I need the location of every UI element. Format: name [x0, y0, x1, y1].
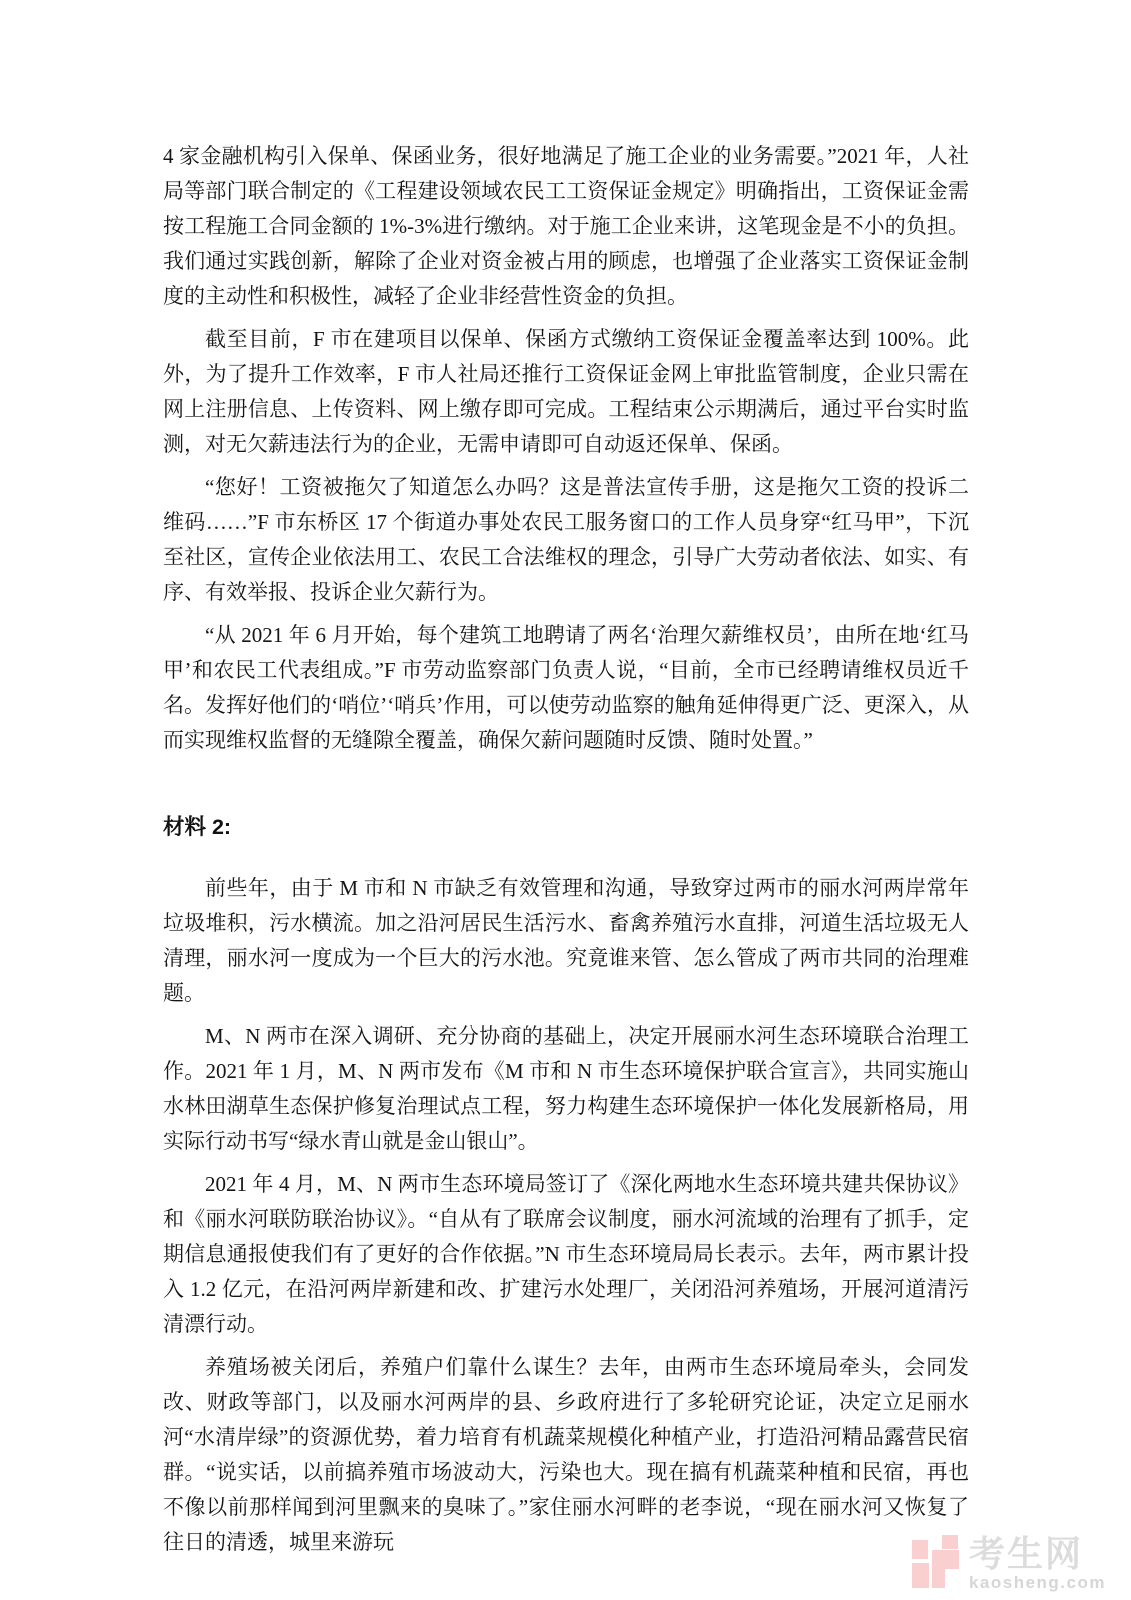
- document-text-block: 4 家金融机构引入保单、保函业务，很好地满足了施工企业的业务需要。”2021 年…: [163, 139, 969, 1568]
- watermark-text: 考生网 kaosheng.com: [969, 1535, 1106, 1592]
- material1-paragraph-continuation: 4 家金融机构引入保单、保函业务，很好地满足了施工企业的业务需要。”2021 年…: [163, 139, 969, 314]
- kaosheng-logo-icon: [912, 1535, 959, 1588]
- material1-paragraph-monitors: “从 2021 年 6 月开始，每个建筑工地聘请了两名‘治理欠薪维权员’，由所在…: [163, 618, 969, 758]
- kaosheng-watermark: 考生网 kaosheng.com: [912, 1535, 1106, 1592]
- material2-paragraph-declaration: M、N 两市在深入调研、充分协商的基础上，决定开展丽水河生态环境联合治理工作。2…: [163, 1019, 969, 1159]
- watermark-site-name: 考生网: [969, 1535, 1083, 1573]
- document-page: 4 家金融机构引入保单、保函业务，很好地满足了施工企业的业务需要。”2021 年…: [0, 0, 1131, 1600]
- watermark-site-url: kaosheng.com: [969, 1573, 1106, 1592]
- material1-paragraph-outreach: “您好！工资被拖欠了知道怎么办吗？这是普法宣传手册，这是拖欠工资的投诉二维码………: [163, 470, 969, 610]
- material2-paragraph-agreements: 2021 年 4 月，M、N 两市生态环境局签订了《深化两地水生态环境共建共保协…: [163, 1167, 969, 1342]
- material2-heading: 材料 2:: [163, 810, 969, 845]
- material1-paragraph-coverage: 截至目前，F 市在建项目以保单、保函方式缴纳工资保证金覆盖率达到 100%。此外…: [163, 322, 969, 462]
- material2-paragraph-problem: 前些年，由于 M 市和 N 市缺乏有效管理和沟通，导致穿过两市的丽水河两岸常年垃…: [163, 871, 969, 1011]
- material2-paragraph-livelihood: 养殖场被关闭后，养殖户们靠什么谋生？去年，由两市生态环境局牵头，会同发改、财政等…: [163, 1350, 969, 1560]
